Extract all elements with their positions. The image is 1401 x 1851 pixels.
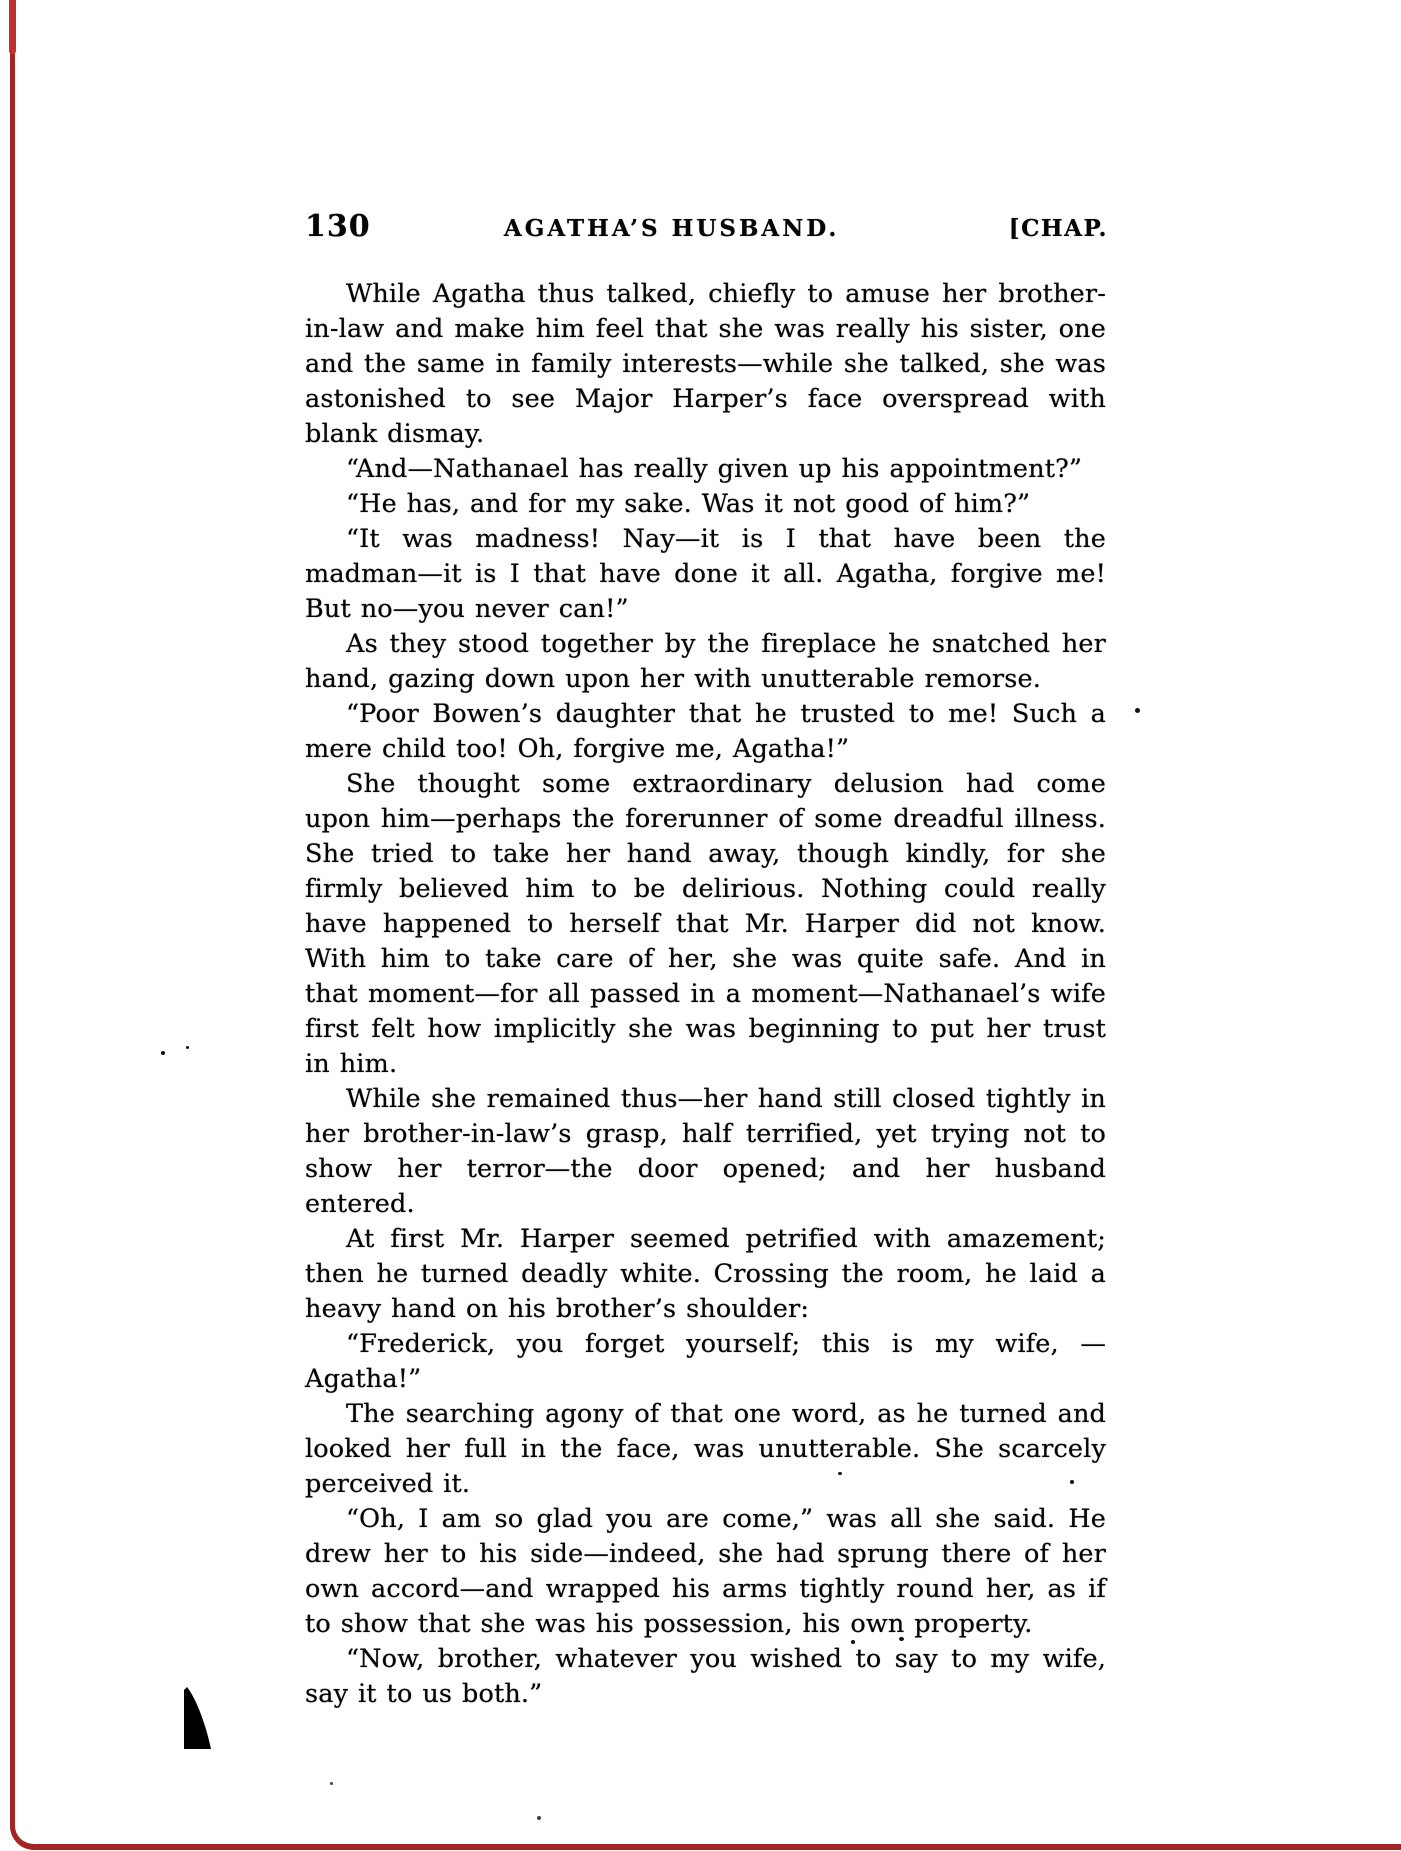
paragraph: While she remained thus—her hand still c… <box>305 1082 1106 1222</box>
paragraph: She thought some extraordinary delusion … <box>305 767 1106 1082</box>
ink-blot <box>184 1687 212 1749</box>
page-header: 130 AGATHA’S HUSBAND. [CHAP. <box>305 209 1108 244</box>
ink-speck <box>537 1816 541 1820</box>
ink-speck <box>1070 1480 1074 1484</box>
page-number: 130 <box>305 209 371 244</box>
ink-speck <box>838 1472 842 1475</box>
ink-speck <box>161 1051 165 1055</box>
chapter-mark: [CHAP. <box>1009 215 1108 242</box>
paragraph: “Frederick, you forget yourself; this is… <box>305 1327 1106 1397</box>
scan-edge-line-top-segment <box>9 0 16 54</box>
body-text-block: While Agatha thus talked, chiefly to amu… <box>305 277 1106 1712</box>
paragraph: “Oh, I am so glad you are come,” was all… <box>305 1502 1106 1642</box>
paragraph: As they stood together by the fireplace … <box>305 627 1106 697</box>
paragraph: “It was madness! Nay—it is I that have b… <box>305 522 1106 627</box>
paragraph: While Agatha thus talked, chiefly to amu… <box>305 277 1106 452</box>
ink-speck <box>330 1782 333 1785</box>
scanned-book-page: 130 AGATHA’S HUSBAND. [CHAP. While Agath… <box>0 0 1401 1851</box>
paragraph: “Now, brother, whatever you wished to sa… <box>305 1642 1106 1712</box>
paragraph: The searching agony of that one word, as… <box>305 1397 1106 1502</box>
ink-speck <box>1135 708 1140 713</box>
paragraph: “And—Nathanael has really given up his a… <box>305 452 1106 487</box>
paragraph: “Poor Bowen’s daughter that he trusted t… <box>305 697 1106 767</box>
ink-speck <box>186 1046 189 1049</box>
paragraph: At first Mr. Harper seemed petrified wit… <box>305 1222 1106 1327</box>
ink-speck <box>851 1640 855 1644</box>
ink-speck <box>899 1637 904 1641</box>
running-title: AGATHA’S HUSBAND. <box>504 215 840 242</box>
paragraph: “He has, and for my sake. Was it not goo… <box>305 487 1106 522</box>
